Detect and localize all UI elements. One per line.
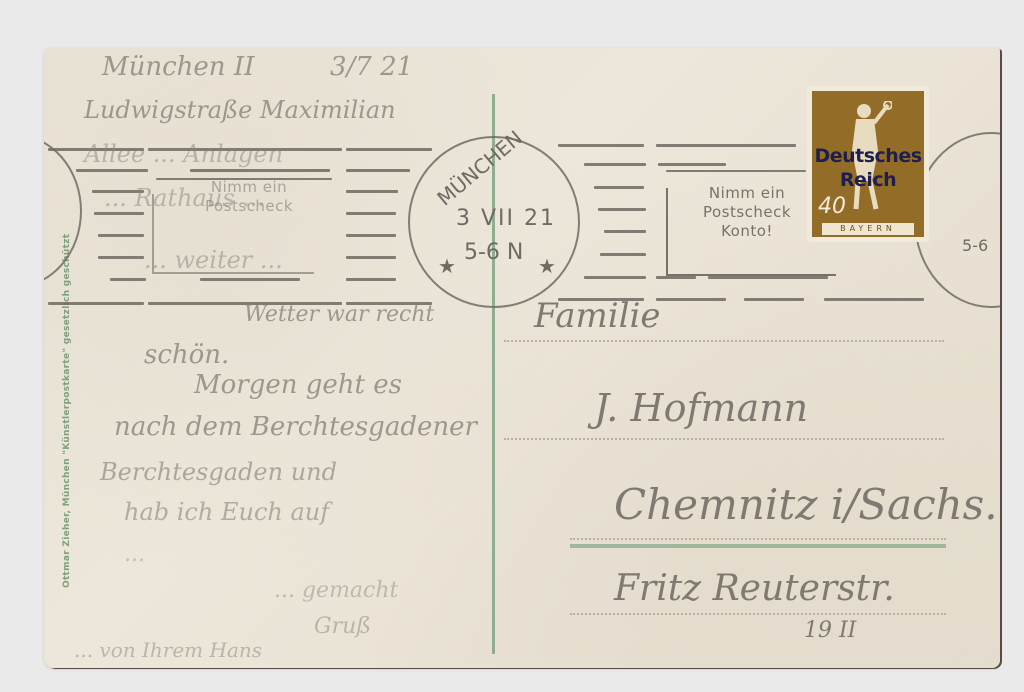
- postmark-right-time: 5-6: [962, 236, 988, 255]
- postage-stamp: Deutsches Reich 40 BAYERN: [807, 86, 929, 242]
- address-city: Chemnitz i/Sachs.: [614, 480, 998, 529]
- slogan-right: Nimm ein Postscheck Konto!: [672, 184, 822, 241]
- address-recipient: Familie: [534, 296, 661, 336]
- message-line: Berchtesgaden und: [100, 458, 337, 486]
- stamp-overprint-line1: Deutsches: [812, 145, 924, 167]
- postmark-date: 3 VII 21: [456, 206, 556, 231]
- publisher-imprint: Ottmar Zieher, München "Künstlerpostkart…: [62, 234, 72, 588]
- address-line-green: [570, 544, 946, 548]
- message-heading: München II: [102, 52, 254, 82]
- postmark-time: 5-6 N: [464, 240, 523, 265]
- message-line: ... Rathaus ...: [104, 184, 265, 212]
- address-name: J. Hofmann: [594, 386, 808, 430]
- address-line-2: [504, 438, 944, 440]
- stamp-overprint-line2: Reich: [812, 169, 924, 191]
- message-line: ... gemacht: [274, 578, 398, 603]
- star-icon: ★: [538, 254, 556, 278]
- address-line-3: [570, 538, 946, 540]
- message-line: ... weiter ...: [144, 246, 283, 274]
- address-number: 19 II: [804, 618, 856, 643]
- stamp-country: BAYERN: [822, 223, 914, 235]
- message-line: nach dem Berchtesgadener: [114, 412, 477, 442]
- message-date: 3/7 21: [330, 52, 413, 82]
- message-line: Wetter war recht: [244, 302, 434, 327]
- message-line: ... von Ihrem Hans: [74, 638, 262, 662]
- postcard: Ottmar Zieher, München "Künstlerpostkart…: [44, 48, 1000, 668]
- message-line: Gruß: [314, 614, 371, 639]
- star-icon: ★: [438, 254, 456, 278]
- stamp-value: 40: [818, 194, 846, 219]
- address-line-4: [570, 613, 946, 615]
- message-line: Morgen geht es: [194, 370, 402, 400]
- message-line: Allee ... Anlagen: [84, 140, 283, 168]
- message-line: ...: [124, 542, 145, 567]
- message-line: schön.: [144, 340, 229, 370]
- message-line: hab ich Euch auf: [124, 498, 329, 526]
- address-line-1: [504, 340, 944, 342]
- address-street: Fritz Reuterstr.: [614, 568, 895, 609]
- message-line: Ludwigstraße Maximilian: [84, 96, 396, 124]
